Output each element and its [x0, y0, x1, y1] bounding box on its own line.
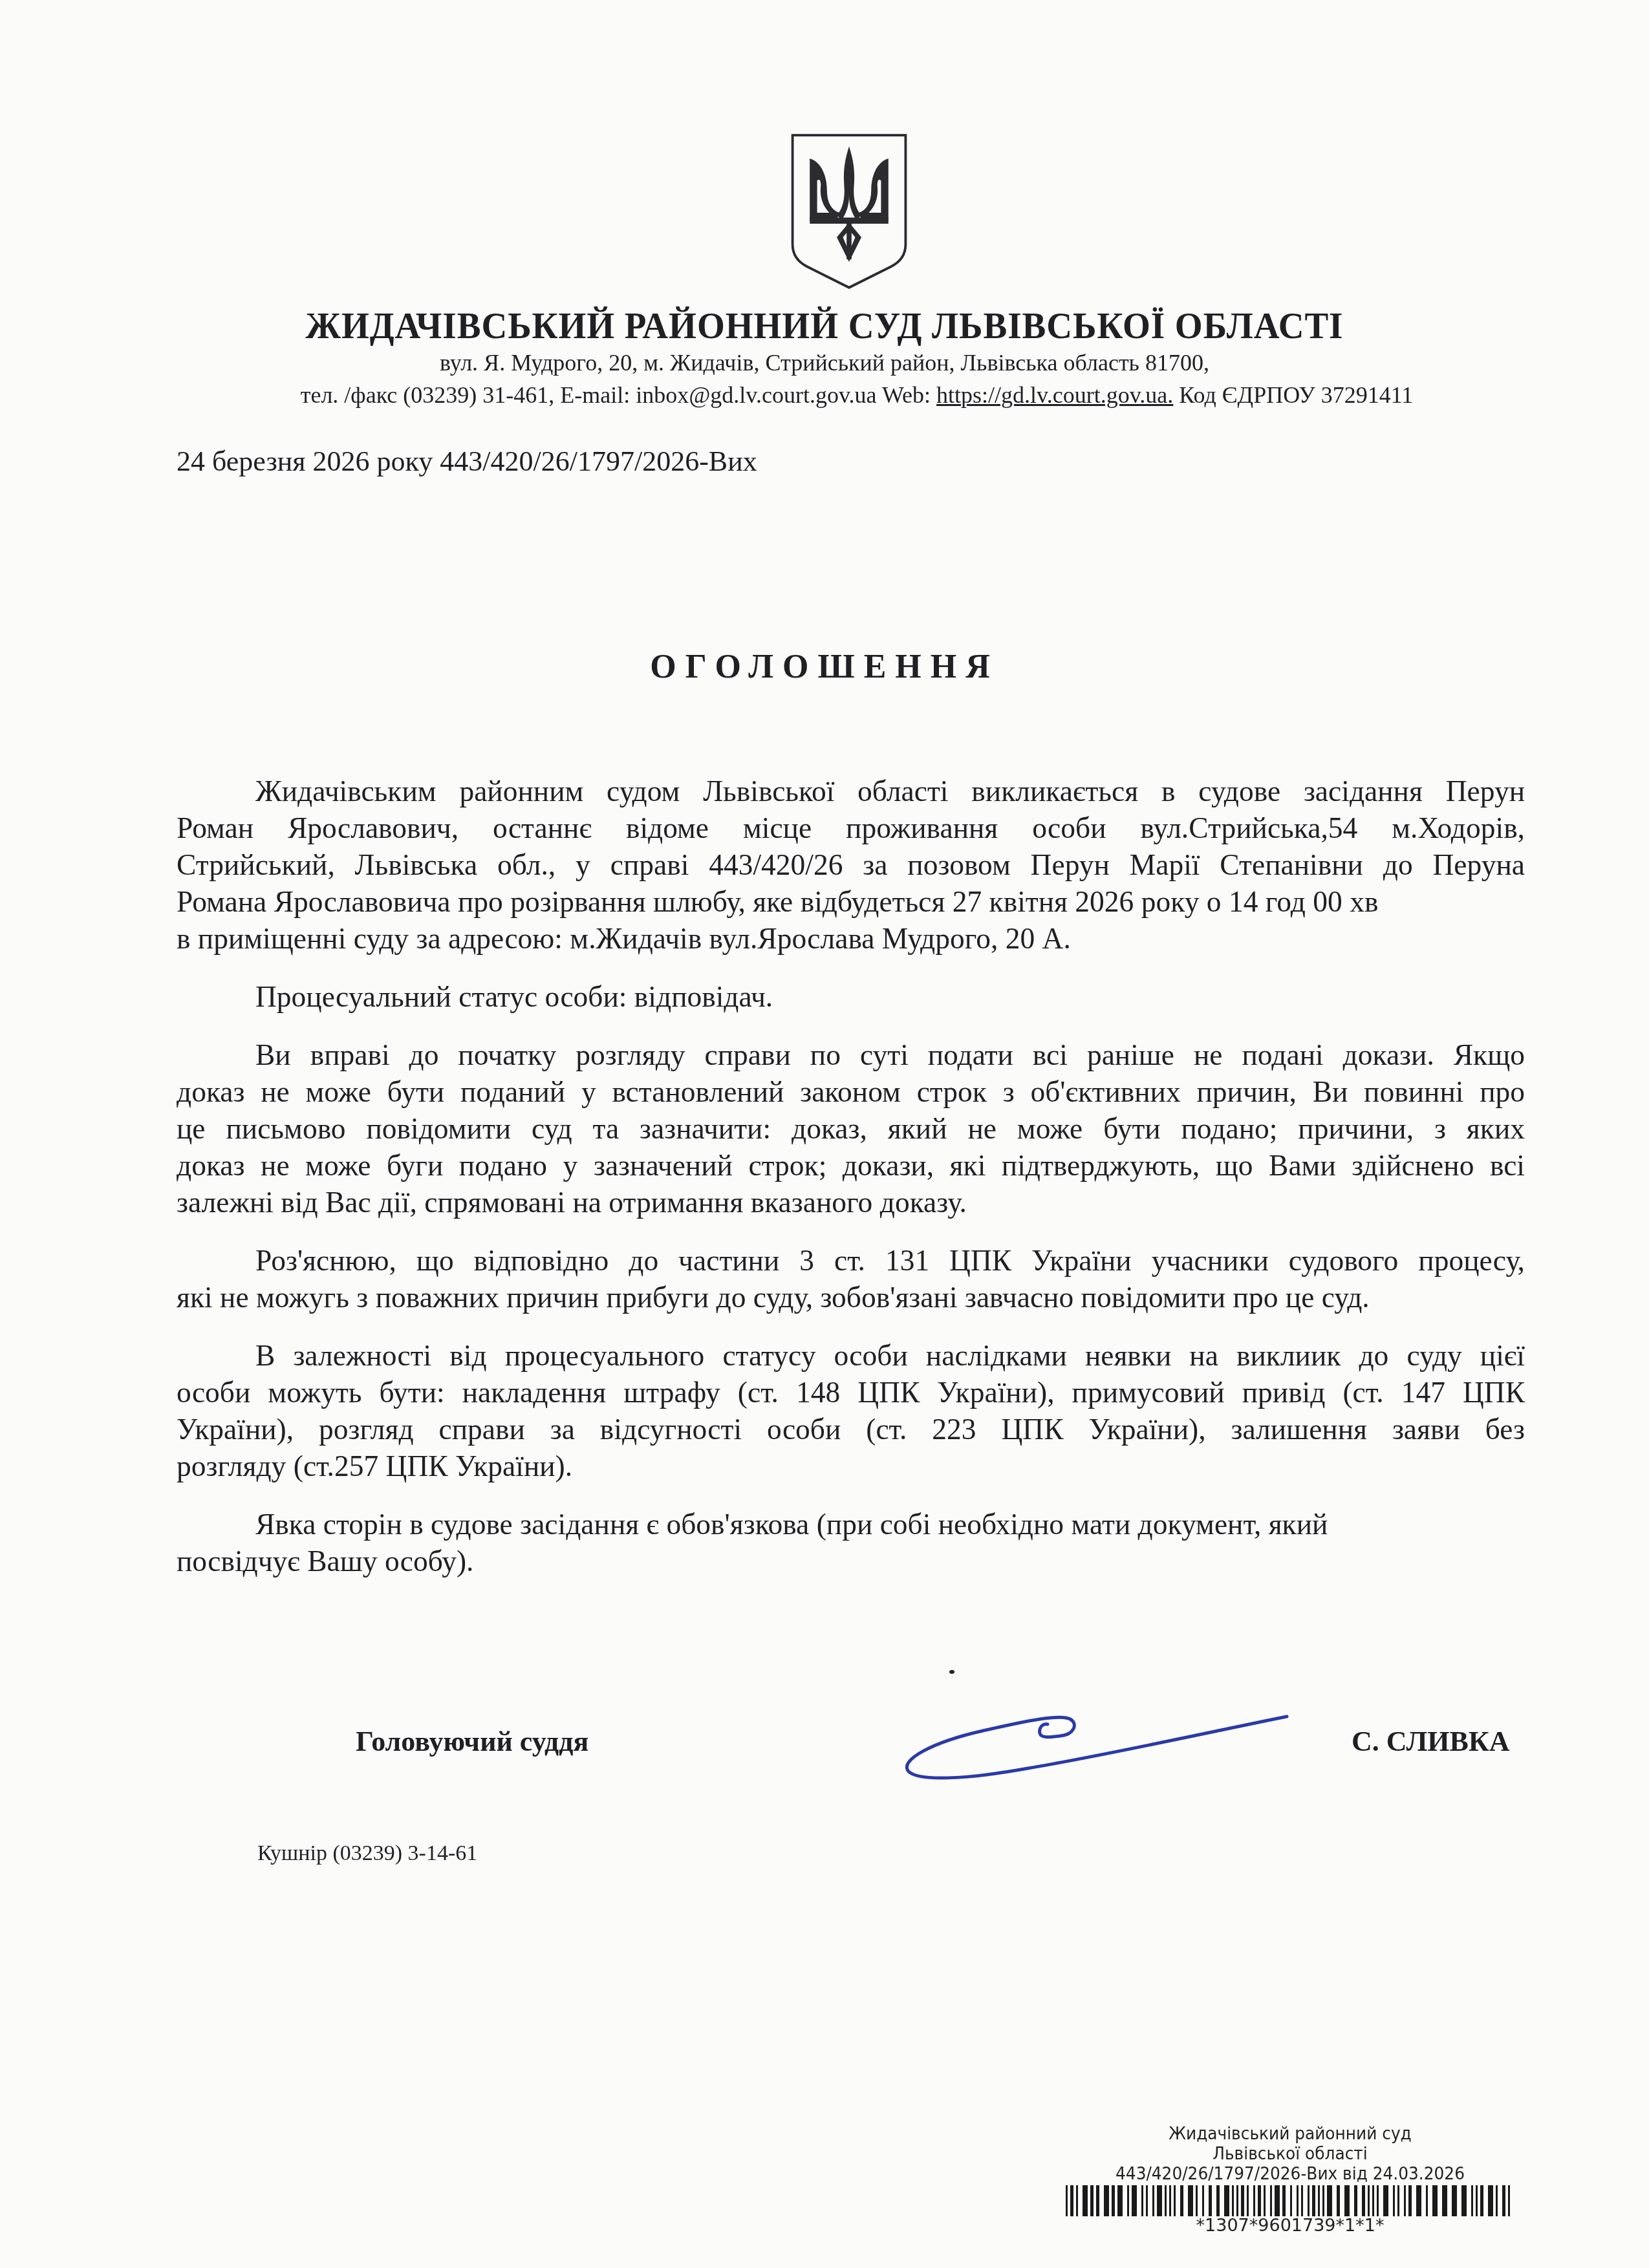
- stamp-region: Львівської області: [1079, 2144, 1501, 2164]
- barcode-bar: [1152, 2185, 1154, 2216]
- barcode-bar: [1496, 2185, 1498, 2216]
- barcode-bar: [1253, 2185, 1255, 2216]
- barcode-bar: [1275, 2185, 1280, 2216]
- barcode-bar: [1368, 2185, 1370, 2216]
- barcode-bar: [1264, 2185, 1266, 2216]
- barcode-bar: [1502, 2185, 1505, 2216]
- barcode-bar: [1404, 2185, 1406, 2216]
- barcode-bar: [1232, 2185, 1234, 2216]
- barcode-bar: [1480, 2185, 1483, 2216]
- barcode-text: *1307*9601739*1*1*: [1196, 2216, 1385, 2236]
- paragraph-summons: Жидачівським районним судом Львівської о…: [177, 773, 1525, 957]
- barcode-bar: [1282, 2185, 1286, 2216]
- barcode-bar: [1337, 2185, 1340, 2216]
- announcement-body: Жидачівським районним судом Львівської о…: [177, 773, 1525, 1601]
- text-line: які не можугь з поважних причин прибуги …: [177, 1279, 1525, 1316]
- barcode-bar: [1132, 2185, 1137, 2216]
- barcode-bar: [1508, 2185, 1510, 2216]
- text-line: доказ не може буги подано у зазначений с…: [177, 1147, 1525, 1184]
- text-line: це письмово повідомити суд та зазначити:…: [177, 1110, 1525, 1147]
- barcode-bar: [1127, 2185, 1129, 2216]
- barcode-bar: [1318, 2185, 1320, 2216]
- text-line: Роз'яснюю, що відповідно до частини 3 ст…: [177, 1242, 1525, 1279]
- barcode-bar: [1157, 2185, 1162, 2216]
- text-line: Явка сторін в судове засідання є обов'яз…: [177, 1506, 1525, 1543]
- barcode-bar: [1290, 2185, 1292, 2216]
- text-line: Жидачівським районним судом Львівської о…: [177, 773, 1525, 809]
- barcode-bar: [1432, 2185, 1438, 2216]
- barcode-bar: [1236, 2185, 1238, 2216]
- barcode-bar: [1344, 2185, 1350, 2216]
- barcode-bar: [1476, 2185, 1478, 2216]
- barcode-bar: [1377, 2185, 1379, 2216]
- barcode-bar: [1461, 2185, 1467, 2216]
- stamp-reg-number: 443/420/26/1797/2026-Вих від 24.03.2026: [1079, 2164, 1501, 2184]
- barcode-bar: [1270, 2185, 1272, 2216]
- text-line: доказ не може бути поданий у встановлени…: [177, 1073, 1525, 1110]
- text-line: Стрийський, Львівська обл., у справі 443…: [177, 846, 1525, 883]
- barcode-bar: [1066, 2185, 1068, 2216]
- barcode-bar: [1117, 2185, 1123, 2216]
- text-line: особи можуть бути: накладення штрафу (ст…: [177, 1374, 1525, 1411]
- text-line: Ви вправі до початку розгляду справи по …: [177, 1036, 1525, 1073]
- barcode-bar: [1308, 2185, 1309, 2216]
- ink-mark: [949, 1670, 954, 1674]
- barcode-bar: [1416, 2185, 1421, 2216]
- executor-contact: Кушнір (03239) 3-14-61: [257, 1841, 477, 1866]
- handwritten-signature: [834, 1691, 1300, 1788]
- barcode-bar: [1188, 2185, 1193, 2216]
- stamp-court-name: Жидачівський районний суд: [1079, 2124, 1501, 2144]
- barcode-bar: [1076, 2185, 1078, 2216]
- barcode-bar: [1070, 2185, 1073, 2216]
- barcode-bar: [1327, 2185, 1332, 2216]
- barcode-bar: [1141, 2185, 1143, 2216]
- barcode-bar: [1301, 2185, 1303, 2216]
- barcode-bar: [1312, 2185, 1315, 2216]
- text-line: посвідчує Вашу особу).: [177, 1543, 1525, 1579]
- barcode-bar: [1408, 2185, 1412, 2216]
- court-address: вул. Я. Мудрого, 20, м. Жидачів, Стрийсь…: [0, 349, 1649, 376]
- edrpou-code: Код ЄДРПОУ 37291411: [1173, 382, 1413, 408]
- barcode-bar: [1426, 2185, 1428, 2216]
- barcode-icon: [1066, 2185, 1514, 2216]
- barcode-bar: [1372, 2185, 1374, 2216]
- text-line: в приміщенні суду за адресою: м.Жидачів …: [177, 920, 1525, 957]
- court-contacts: тел. /факс (03239) 31-461, E-mail: inbox…: [32, 381, 1649, 409]
- registration-stamp: Жидачівський районний суд Львівської обл…: [1061, 2124, 1520, 2236]
- barcode-bar: [1471, 2185, 1473, 2216]
- contact-phone-email: тел. /факс (03239) 31-461, E-mail: inbox…: [301, 382, 936, 408]
- barcode-bar: [1452, 2185, 1457, 2216]
- barcode-bar: [1216, 2185, 1220, 2216]
- barcode-bar: [1241, 2185, 1244, 2216]
- barcode-bar: [1297, 2185, 1299, 2216]
- barcode-bar: [1397, 2185, 1399, 2216]
- paragraph-evidence: Ви вправі до початку розгляду справи по …: [177, 1036, 1525, 1221]
- text-line: розгляду (ст.257 ЦПК України).: [177, 1448, 1525, 1484]
- signatory-role: Головуючий суддя: [356, 1725, 588, 1758]
- text-line: України), розгляд справи за відсугності …: [177, 1411, 1525, 1448]
- barcode-bar: [1247, 2185, 1249, 2216]
- barcode-bar: [1083, 2185, 1088, 2216]
- barcode-bar: [1224, 2185, 1229, 2216]
- barcode-bar: [1146, 2185, 1148, 2216]
- barcode-bar: [1442, 2185, 1447, 2216]
- paragraph-consequences: В залежності від процесуального статусу …: [177, 1337, 1525, 1484]
- document-title: ОГОЛОШЕННЯ: [0, 648, 1649, 686]
- barcode-bar: [1169, 2185, 1171, 2216]
- barcode-bar: [1322, 2185, 1324, 2216]
- barcode-bar: [1354, 2185, 1357, 2216]
- text-line: Роман Ярославович, останнє відоме місце …: [177, 809, 1525, 846]
- signatory-name: С. СЛИВКА: [1352, 1725, 1510, 1758]
- barcode-bar: [1258, 2185, 1261, 2216]
- barcode-bar: [1096, 2185, 1099, 2216]
- barcode-bar: [1180, 2185, 1183, 2216]
- text-line: Процесуальний статус особи: відповідач.: [177, 978, 1525, 1015]
- barcode-bar: [1196, 2185, 1198, 2216]
- barcode-bar: [1383, 2185, 1388, 2216]
- barcode-bar: [1174, 2185, 1176, 2216]
- barcode-bar: [1104, 2185, 1109, 2216]
- text-line: В залежності від процесуального статусу …: [177, 1337, 1525, 1374]
- barcode-bar: [1488, 2185, 1493, 2216]
- outgoing-date-number: 24 березня 2026 року 443/420/26/1797/202…: [177, 445, 757, 478]
- barcode-bar: [1362, 2185, 1365, 2216]
- barcode-bar: [1209, 2185, 1212, 2216]
- court-name-heading: ЖИДАЧІВСЬКИЙ РАЙОННИЙ СУД ЛЬВІВСЬКОЇ ОБЛ…: [41, 304, 1608, 347]
- barcode-bar: [1090, 2185, 1094, 2216]
- paragraph-status: Процесуальний статус особи: відповідач.: [177, 978, 1525, 1015]
- barcode-bar: [1112, 2185, 1115, 2216]
- paragraph-explanation: Роз'яснюю, що відповідно до частини 3 ст…: [177, 1242, 1525, 1316]
- text-line: залежні від Вас дії, спрямовані на отрим…: [177, 1184, 1525, 1221]
- website-link[interactable]: https://gd.lv.court.gov.ua.: [936, 382, 1173, 408]
- barcode-bar: [1165, 2185, 1167, 2216]
- coat-of-arms-icon: [788, 131, 911, 292]
- text-line: Романа Ярославовича про розірвання шлюбу…: [177, 883, 1525, 920]
- barcode-bar: [1202, 2185, 1204, 2216]
- barcode-bar: [1393, 2185, 1395, 2216]
- paragraph-attendance: Явка сторін в судове засідання є обов'яз…: [177, 1506, 1525, 1579]
